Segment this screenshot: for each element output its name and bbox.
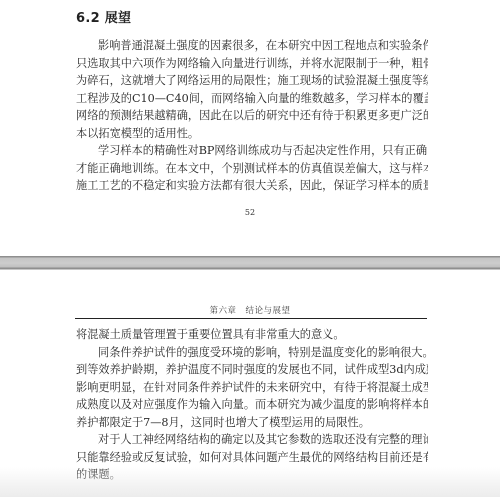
- text-line: 同条件养护试件的强度受环境的影响，特别是温度变化的影响很大。同样达: [76, 344, 428, 362]
- header-rule: [75, 318, 427, 319]
- text-line: 学习样本的精确性对BP网络训练成功与否起决定性作用，只有正确的学习，: [76, 142, 428, 160]
- text-line: 只选取其中六项作为网络输入向量进行训练，并将水泥限制于一种，粗骨料全部: [76, 55, 428, 73]
- text-line: 影响普通混凝土强度的因素很多，在本研究中因工程地点和实验条件的原因: [76, 37, 428, 55]
- paragraph: 影响普通混凝土强度的因素很多，在本研究中因工程地点和实验条件的原因 只选取其中六…: [76, 37, 428, 142]
- document-page-53: 第六章 结论与展望 将混凝土质量管理置于重要位置具有非常重大的意义。 同条件养护…: [0, 270, 500, 497]
- text-line: 为碎石，这就增大了网络运用的局限性；施工现场的试验混凝土强度等级仅限于: [76, 72, 428, 90]
- text-line: 将混凝土质量管理置于重要位置具有非常重大的意义。: [76, 326, 428, 344]
- page-number: 52: [0, 208, 500, 217]
- text-line: 才能正确地训练。在本文中，个别测试样本的仿真值误差偏大，这与样本制作、: [76, 160, 428, 178]
- page-separator: [0, 256, 500, 270]
- text-line: 对于人工神经网络结构的确定以及其它参数的选取还没有完整的理论依据，: [76, 431, 428, 449]
- text-line: 工程涉及的C10—C40间，而网络输入向量的维数越多，学习样本的覆盖面越广，: [76, 90, 428, 108]
- document-page-52: 6.2 展望 影响普通混凝土强度的因素很多，在本研究中因工程地点和实验条件的原因…: [0, 0, 500, 256]
- text-line: 只能靠经验或反复试验，如何对具体问题产生最优的网络结构目前还是有待研究: [76, 449, 428, 467]
- text-line: 成熟度以及对应强度作为输入向量。而本研究为减少温度的影响将样本的制作和: [76, 396, 428, 414]
- text-line: 施工工艺的不稳定和实验方法都有很大关系，因此，保证学习样本的质量，同时: [76, 177, 428, 195]
- page-bottom-shadow: [0, 467, 500, 497]
- text-line: 到等效养护龄期，养护温度不同时强度的发展也不同，试件成型3d内成熟度的: [76, 361, 428, 379]
- text-line: 影响更明显，在针对同条件养护试件的未来研究中，有待于将混凝土成型3d内: [76, 379, 428, 397]
- paragraph-group: 将混凝土质量管理置于重要位置具有非常重大的意义。 同条件养护试件的强度受环境的影…: [76, 326, 428, 484]
- text-line: 本以拓宽模型的适用性。: [76, 125, 428, 143]
- text-line: 网络的预测结果越精确，因此在以后的研究中还有待于积累更多更广泛的学习样: [76, 107, 428, 125]
- section-heading: 6.2 展望: [76, 7, 131, 26]
- running-header: 第六章 结论与展望: [0, 304, 500, 316]
- text-line: 养护都限定于7—8月，这同时也增大了模型运用的局限性。: [76, 414, 428, 432]
- paragraph: 学习样本的精确性对BP网络训练成功与否起决定性作用，只有正确的学习， 才能正确地…: [76, 142, 428, 195]
